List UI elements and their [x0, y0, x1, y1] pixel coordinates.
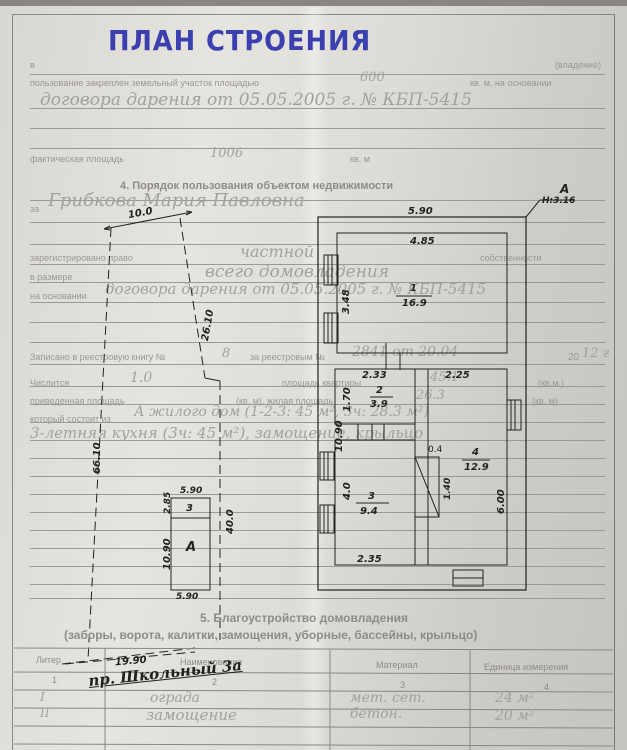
stove-length: 1.40 — [443, 478, 453, 500]
room2-depth: 1.70 — [342, 387, 353, 412]
room3-depth: 4.0 — [342, 482, 353, 500]
col-unit: Единица измерения — [484, 662, 568, 672]
col-material: Материал — [376, 660, 418, 670]
room3-area: 9.4 — [360, 506, 378, 517]
room1-depth: 3.48 — [341, 289, 352, 314]
row1-material: мет. сет. — [350, 690, 426, 706]
row1-unit: 24 м² — [495, 690, 534, 706]
room2-area: 3.9 — [370, 399, 388, 410]
floor-height: Н:3.16 — [542, 196, 575, 206]
room1-number: 1 — [410, 283, 417, 294]
col-material-num: 3 — [400, 680, 405, 690]
row2-liter: II — [40, 706, 49, 720]
row1-liter: I — [40, 690, 45, 704]
floor-outer-width: 5.90 — [408, 206, 433, 217]
site-bldg-width-top: 5.90 — [180, 486, 202, 496]
site-left-side: 66.10 — [92, 442, 103, 474]
site-building-label: А — [186, 540, 196, 555]
row2-unit: 20 м² — [495, 708, 534, 724]
room2-number: 2 — [376, 385, 383, 396]
room4-depth: 6.00 — [496, 489, 507, 514]
section5-subtitle: (заборы, ворота, калитки, замощения, убо… — [64, 628, 477, 642]
site-annex-depth: 2.85 — [163, 492, 173, 514]
row2-material: бетон. — [350, 706, 402, 722]
site-building-length: 10.90 — [162, 538, 173, 570]
room2-width: 2.33 — [362, 370, 387, 381]
room3-number: 3 — [368, 491, 375, 502]
site-bldg-width-bottom: 5.90 — [176, 592, 198, 602]
col-liter: Литер — [36, 655, 61, 665]
floor-outer-length: 10.90 — [334, 420, 345, 452]
room4-width: 2.25 — [445, 370, 470, 381]
col-liter-num: 1 — [52, 675, 57, 685]
site-annex-label: 3 — [186, 503, 193, 514]
room1-area: 16.9 — [402, 298, 427, 309]
room3-width: 2.35 — [357, 554, 382, 565]
row1-name: ограда — [150, 690, 200, 706]
stove-offset: 0.4 — [428, 445, 442, 455]
col-unit-num: 4 — [544, 682, 549, 692]
section5-title: 5. Благоустройство домовладения — [200, 611, 408, 625]
site-lower-right: 40.0 — [225, 509, 236, 534]
room4-area: 12.9 — [464, 462, 489, 473]
room1-width: 4.85 — [410, 236, 435, 247]
room4-number: 4 — [472, 447, 479, 458]
floor-liter: А — [560, 182, 569, 196]
col-name-num: 2 — [212, 677, 217, 687]
row2-name: замощение — [146, 706, 237, 724]
